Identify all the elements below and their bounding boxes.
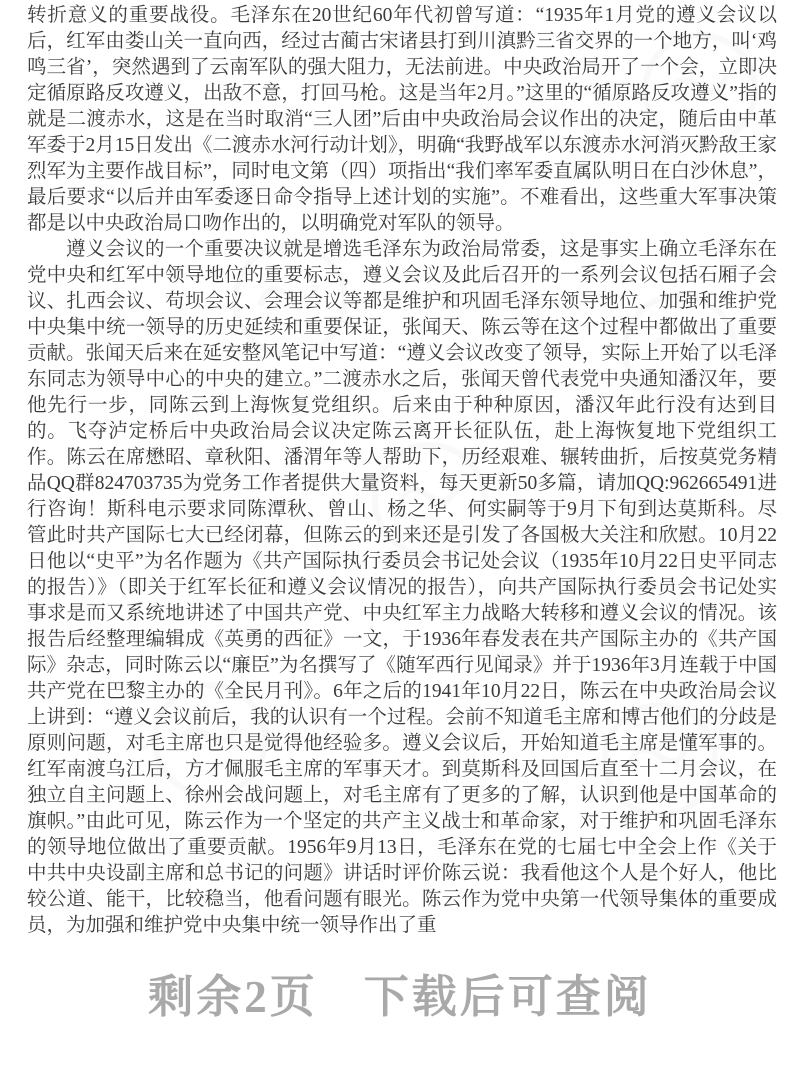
- preview-footer: 剩余2页下载后可查阅: [0, 960, 800, 1025]
- document-body: 转折意义的重要战役。毛泽东在20世纪60年代初曾写道：“1935年1月党的遵义会…: [27, 3, 777, 939]
- download-hint-label: 下载后可查阅: [364, 960, 652, 1025]
- remaining-pages-label: 剩余2页: [148, 960, 318, 1025]
- document-preview-page: 转折意义的重要战役。毛泽东在20世纪60年代初曾写道：“1935年1月党的遵义会…: [0, 0, 800, 1070]
- paragraph-zunyi-resolution: 遵义会议的一个重要决议就是增选毛泽东为政治局常委，这是事实上确立毛泽东在党中央和…: [27, 237, 777, 939]
- paragraph-continuation: 转折意义的重要战役。毛泽东在20世纪60年代初曾写道：“1935年1月党的遵义会…: [27, 3, 777, 237]
